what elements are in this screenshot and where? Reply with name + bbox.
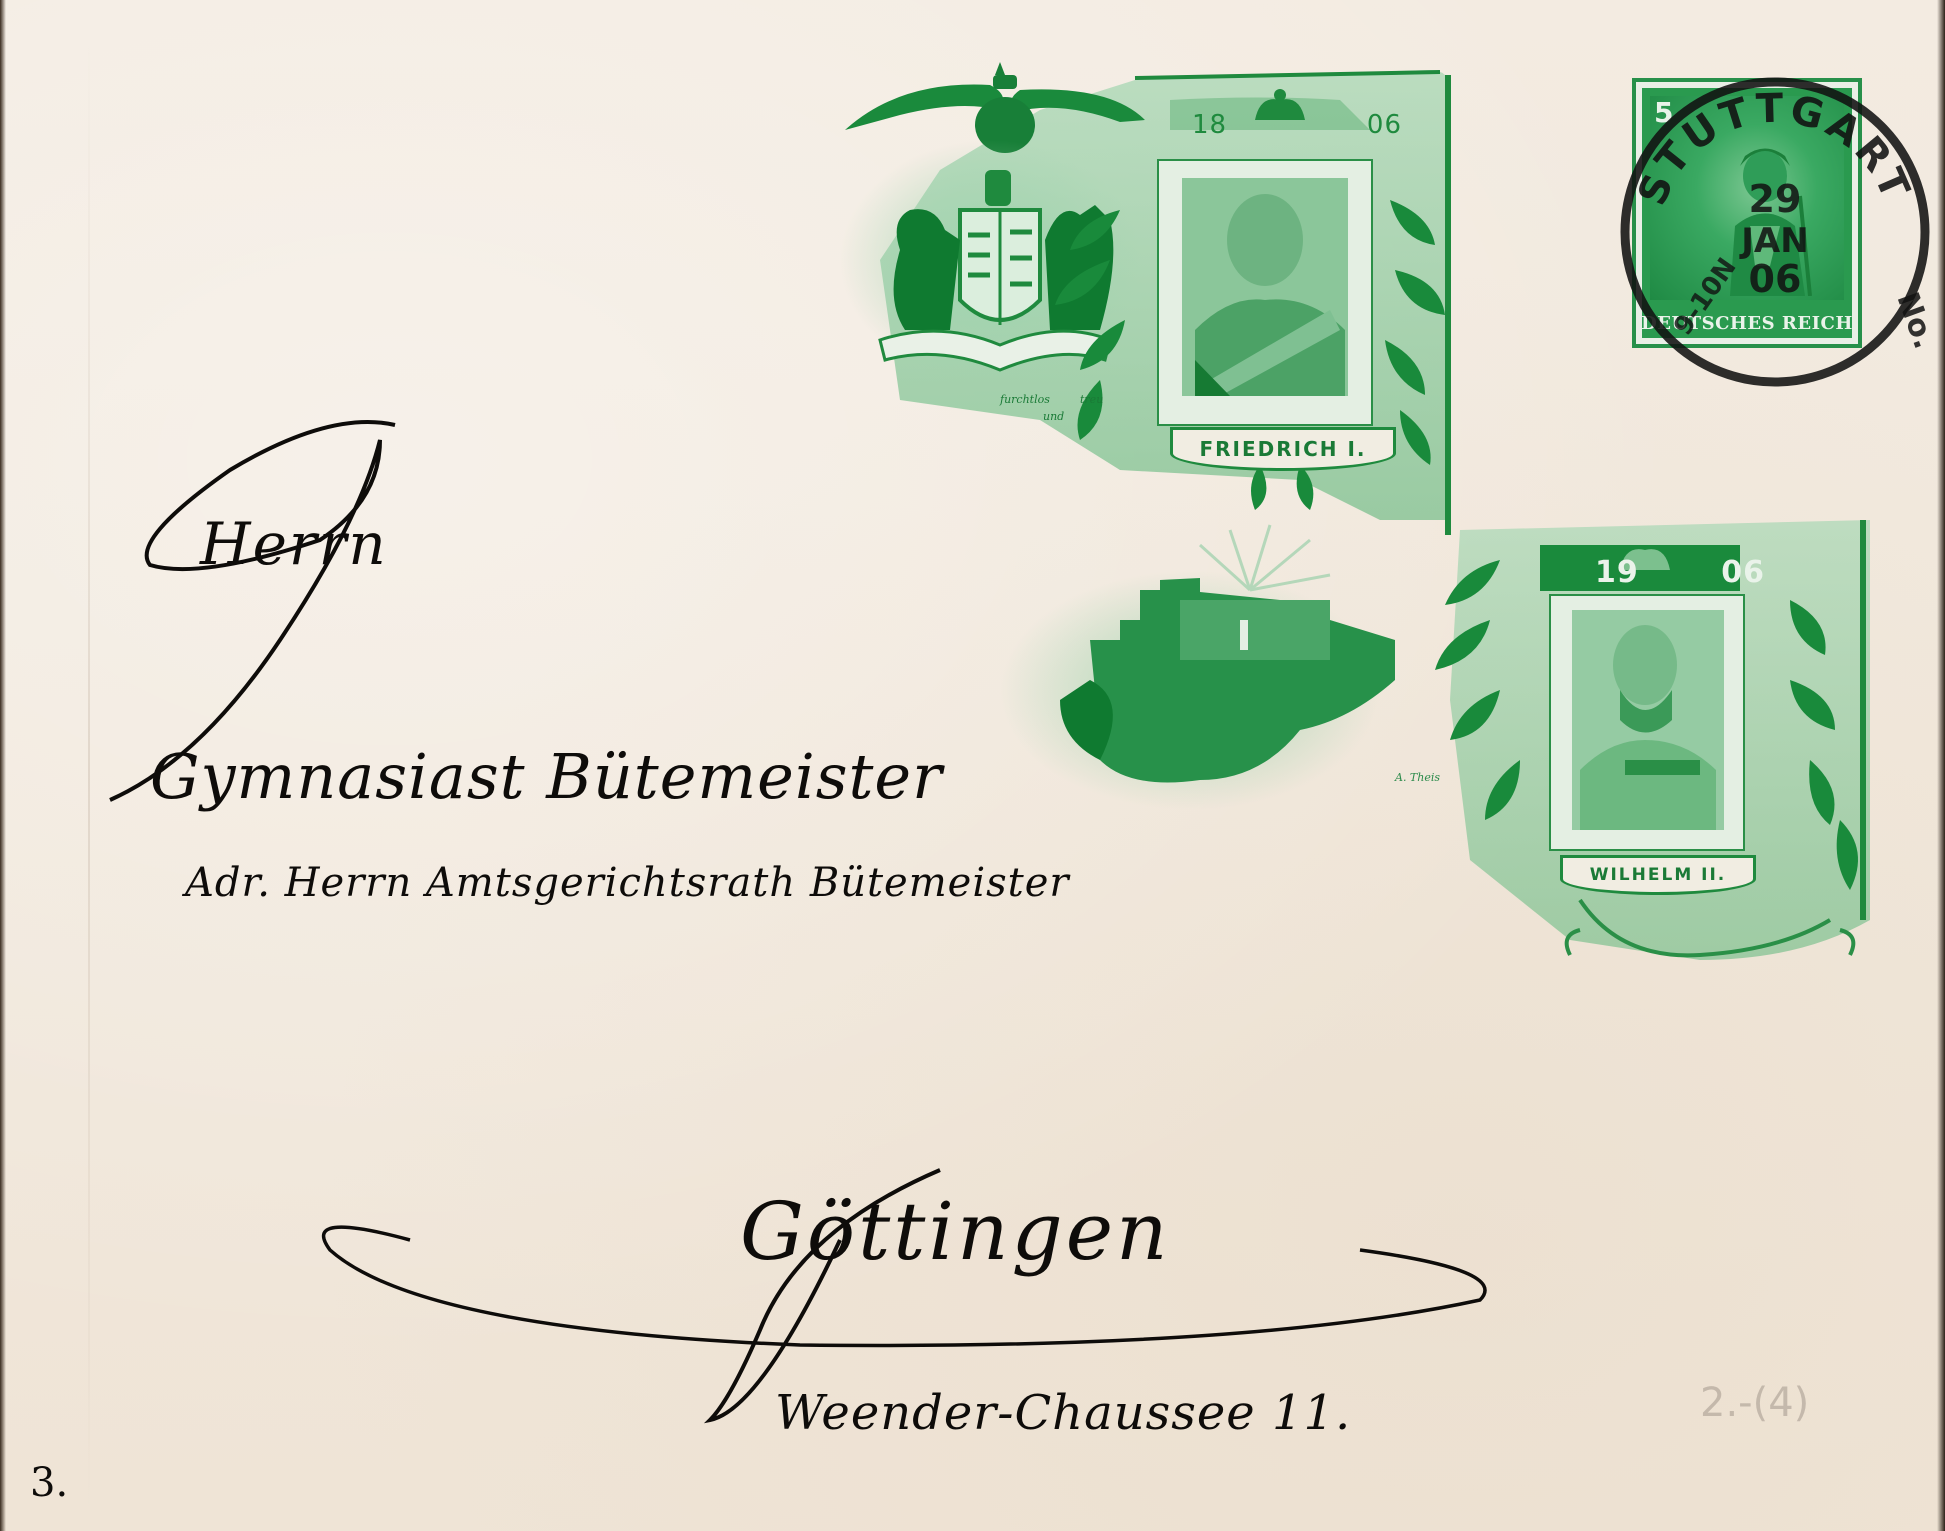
year-right: 06 [1367,110,1402,140]
postmark-office: No. [1889,288,1941,354]
address-city: Göttingen [740,1185,1171,1278]
caption-friedrich: FRIEDRICH I. [1170,427,1396,471]
envelope: 18 06 19 06 FRIEDRICH I. WILHELM II. fur… [0,0,1945,1531]
year-right: 06 [1721,555,1765,590]
motto-center: und [1043,410,1064,423]
year-left: 18 [1192,110,1227,140]
postmark: STUTTGART No. 29 JAN 06 9-10N [1605,62,1945,402]
postmark-year: 06 [1749,257,1802,301]
caption-wilhelm: WILHELM II. [1560,855,1756,895]
postmark-month: JAN [1739,221,1808,261]
envelope-edge-left [0,0,6,1531]
fold-line [88,40,90,1520]
year-1806: 18 06 [1192,110,1402,140]
postmark-day: 29 [1749,177,1802,221]
motto-left: furchtlos [1000,393,1050,406]
corner-number: 3. [30,1460,68,1506]
address-recipient: Gymnasiast Bütemeister [150,740,943,813]
address-street: Weender-Chaussee 11. [775,1385,1351,1441]
castle-icon [1000,525,1395,810]
pencil-note: 2.-(4) [1700,1380,1809,1426]
postmark-time: 9-10N [1668,253,1742,341]
motto-right: treu [1080,393,1103,406]
year-1906: 19 06 [1595,555,1765,590]
address-salutation: Herrn [200,510,388,578]
year-left: 19 [1595,555,1639,590]
artist-signature: A. Theis [1395,772,1440,784]
